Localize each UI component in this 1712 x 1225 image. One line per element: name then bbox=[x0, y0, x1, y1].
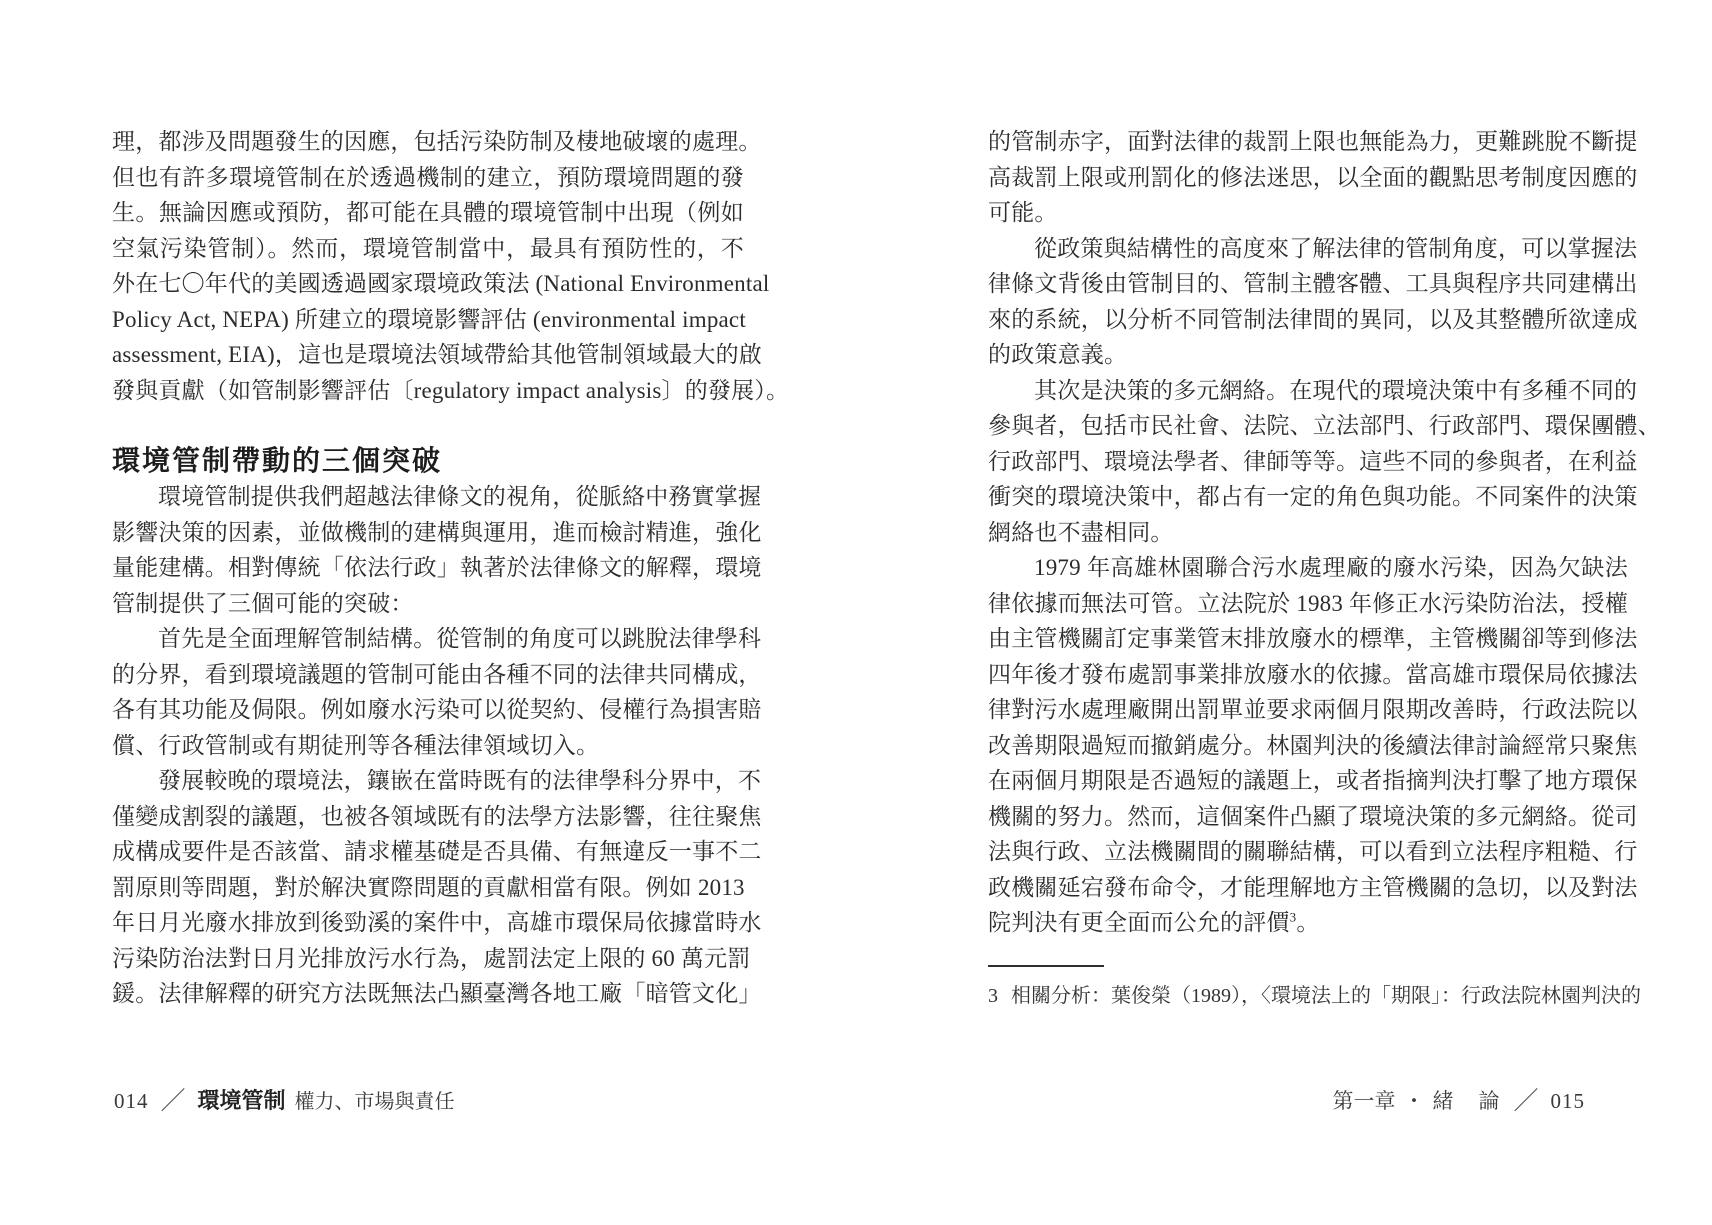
footer-right: 第一章・緒 論／015 bbox=[1332, 1086, 1585, 1116]
section-label: 緒 論 bbox=[1432, 1089, 1501, 1113]
text-line: 污染防治法對日月光排放污水行為，處罰法定上限的 60 萬元罰 bbox=[112, 941, 744, 977]
text-line: 發展較晚的環境法，鑲嵌在當時既有的法律學科分界中，不 bbox=[112, 763, 744, 799]
dot-separator: ・ bbox=[1403, 1089, 1424, 1113]
text-line: 僅變成割裂的議題，也被各領域既有的法學方法影響，往往聚焦 bbox=[112, 799, 744, 835]
text-line: 律條文背後由管制目的、管制主體客體、工具與程序共同建構出 bbox=[988, 266, 1628, 302]
text-line: assessment, EIA)，這也是環境法領域帶給其他管制領域最大的啟 bbox=[112, 337, 744, 373]
text-line: 四年後才發布處罰事業排放廢水的依據。當高雄市環保局依據法 bbox=[988, 657, 1628, 693]
text-line: 的分界，看到環境議題的管制可能由各種不同的法律共同構成， bbox=[112, 657, 744, 693]
page-left: 理，都涉及問題發生的因應，包括污染防制及棲地破壞的處理。 但也有許多環境管制在於… bbox=[112, 124, 744, 1012]
page-number: 014 bbox=[114, 1089, 149, 1113]
text-line: 機關的努力。然而，這個案件凸顯了環境決策的多元網絡。從司 bbox=[988, 799, 1628, 835]
text-line: 發與貢獻（如管制影響評估〔regulatory impact analysis〕… bbox=[112, 373, 744, 409]
text-run: 。 bbox=[1296, 910, 1319, 935]
text-line: 成構成要件是否該當、請求權基礎是否具備、有無違反一事不二 bbox=[112, 834, 744, 870]
chapter-label: 第一章 bbox=[1332, 1089, 1395, 1113]
text-line: 律對污水處理廠開出罰單並要求兩個月限期改善時，行政法院以 bbox=[988, 692, 1628, 728]
text-line: 改善期限過短而撤銷處分。林園判決的後續法律討論經常只聚焦 bbox=[988, 728, 1628, 764]
text-line: 量能建構。相對傳統「依法行政」執著於法律條文的解釋，環境 bbox=[112, 550, 744, 586]
book-spread: 理，都涉及問題發生的因應，包括污染防制及棲地破壞的處理。 但也有許多環境管制在於… bbox=[0, 0, 1712, 1225]
text-line: 從政策與結構性的高度來了解法律的管制角度，可以掌握法 bbox=[988, 231, 1628, 267]
section-heading: 環境管制帶動的三個突破 bbox=[112, 444, 744, 478]
text-line: 律依據而無法可管。立法院於 1983 年修正水污染防治法，授權 bbox=[988, 586, 1628, 622]
text-line: 影響決策的因素，並做機制的建構與運用，進而檢討精進，強化 bbox=[112, 515, 744, 551]
footnote-divider bbox=[988, 965, 1104, 967]
text-line: 環境管制提供我們超越法律條文的視角，從脈絡中務實掌握 bbox=[112, 479, 744, 515]
footnote: 3 相關分析：葉俊榮（1989），〈環境法上的「期限」：行政法院林園判決的 bbox=[988, 981, 1628, 1011]
text-line: 網絡也不盡相同。 bbox=[988, 515, 1628, 551]
text-line: 各有其功能及侷限。例如廢水污染可以從契約、侵權行為損害賠 bbox=[112, 692, 744, 728]
text-line: 償、行政管制或有期徒刑等各種法律領域切入。 bbox=[112, 728, 744, 764]
book-title: 環境管制 bbox=[198, 1088, 286, 1113]
text-line: 的政策意義。 bbox=[988, 337, 1628, 373]
text-line: 可能。 bbox=[988, 195, 1628, 231]
text-line: 在兩個月期限是否過短的議題上，或者指摘判決打擊了地方環保 bbox=[988, 763, 1628, 799]
book-subtitle: 權力、市場與責任 bbox=[295, 1091, 455, 1113]
text-line: 參與者，包括市民社會、法院、立法部門、行政部門、環保團體、 bbox=[988, 408, 1628, 444]
text-run: 院判決有更全面而公允的評價 bbox=[988, 910, 1290, 935]
page-number: 015 bbox=[1551, 1089, 1586, 1113]
text-line: 空氣污染管制）。然而，環境管制當中，最具有預防性的，不 bbox=[112, 231, 744, 267]
text-line: 理，都涉及問題發生的因應，包括污染防制及棲地破壞的處理。 bbox=[112, 124, 744, 160]
text-line: Policy Act, NEPA) 所建立的環境影響評估 (environmen… bbox=[112, 302, 744, 338]
text-line: 法與行政、立法機關間的關聯結構，可以看到立法程序粗糙、行 bbox=[988, 834, 1628, 870]
footnote-number: 3 bbox=[988, 981, 998, 1011]
text-line: 外在七〇年代的美國透過國家環境政策法 (National Environment… bbox=[112, 266, 744, 302]
text-line: 高裁罰上限或刑罰化的修法迷思，以全面的觀點思考制度因應的 bbox=[988, 160, 1628, 196]
footer-left: 014／環境管制權力、市場與責任 bbox=[114, 1086, 455, 1117]
text-line: 首先是全面理解管制結構。從管制的角度可以跳脫法律學科 bbox=[112, 621, 744, 657]
slash-separator: ／ bbox=[161, 1087, 186, 1117]
text-line: 罰原則等問題，對於解決實際問題的貢獻相當有限。例如 2013 bbox=[112, 870, 744, 906]
page-right: 的管制赤字，面對法律的裁罰上限也無能為力，更難跳脫不斷提 高裁罰上限或刑罰化的修… bbox=[988, 124, 1628, 1011]
text-line: 1979 年高雄林園聯合污水處理廠的廢水污染，因為欠缺法 bbox=[988, 550, 1628, 586]
slash-separator: ／ bbox=[1513, 1087, 1538, 1117]
text-line: 其次是決策的多元網絡。在現代的環境決策中有多種不同的 bbox=[988, 373, 1628, 409]
footnote-text: 相關分析：葉俊榮（1989），〈環境法上的「期限」：行政法院林園判決的 bbox=[1011, 981, 1641, 1011]
text-line: 來的系統，以分析不同管制法律間的異同，以及其整體所欲達成 bbox=[988, 302, 1628, 338]
text-line: 鍰。法律解釋的研究方法既無法凸顯臺灣各地工廠「暗管文化」 bbox=[112, 976, 744, 1012]
text-line: 的管制赤字，面對法律的裁罰上限也無能為力，更難跳脫不斷提 bbox=[988, 124, 1628, 160]
text-line: 但也有許多環境管制在於透過機制的建立，預防環境問題的發 bbox=[112, 160, 744, 196]
text-line: 管制提供了三個可能的突破： bbox=[112, 586, 744, 622]
text-line: 衝突的環境決策中，都占有一定的角色與功能。不同案件的決策 bbox=[988, 479, 1628, 515]
text-line: 生。無論因應或預防，都可能在具體的環境管制中出現（例如 bbox=[112, 195, 744, 231]
text-line: 年日月光廢水排放到後勁溪的案件中，高雄市環保局依據當時水 bbox=[112, 905, 744, 941]
text-line: 由主管機關訂定事業管末排放廢水的標準，主管機關卻等到修法 bbox=[988, 621, 1628, 657]
text-line: 院判決有更全面而公允的評價3。 bbox=[988, 905, 1628, 941]
text-line: 行政部門、環境法學者、律師等等。這些不同的參與者，在利益 bbox=[988, 444, 1628, 480]
text-line: 政機關延宕發布命令，才能理解地方主管機關的急切，以及對法 bbox=[988, 870, 1628, 906]
